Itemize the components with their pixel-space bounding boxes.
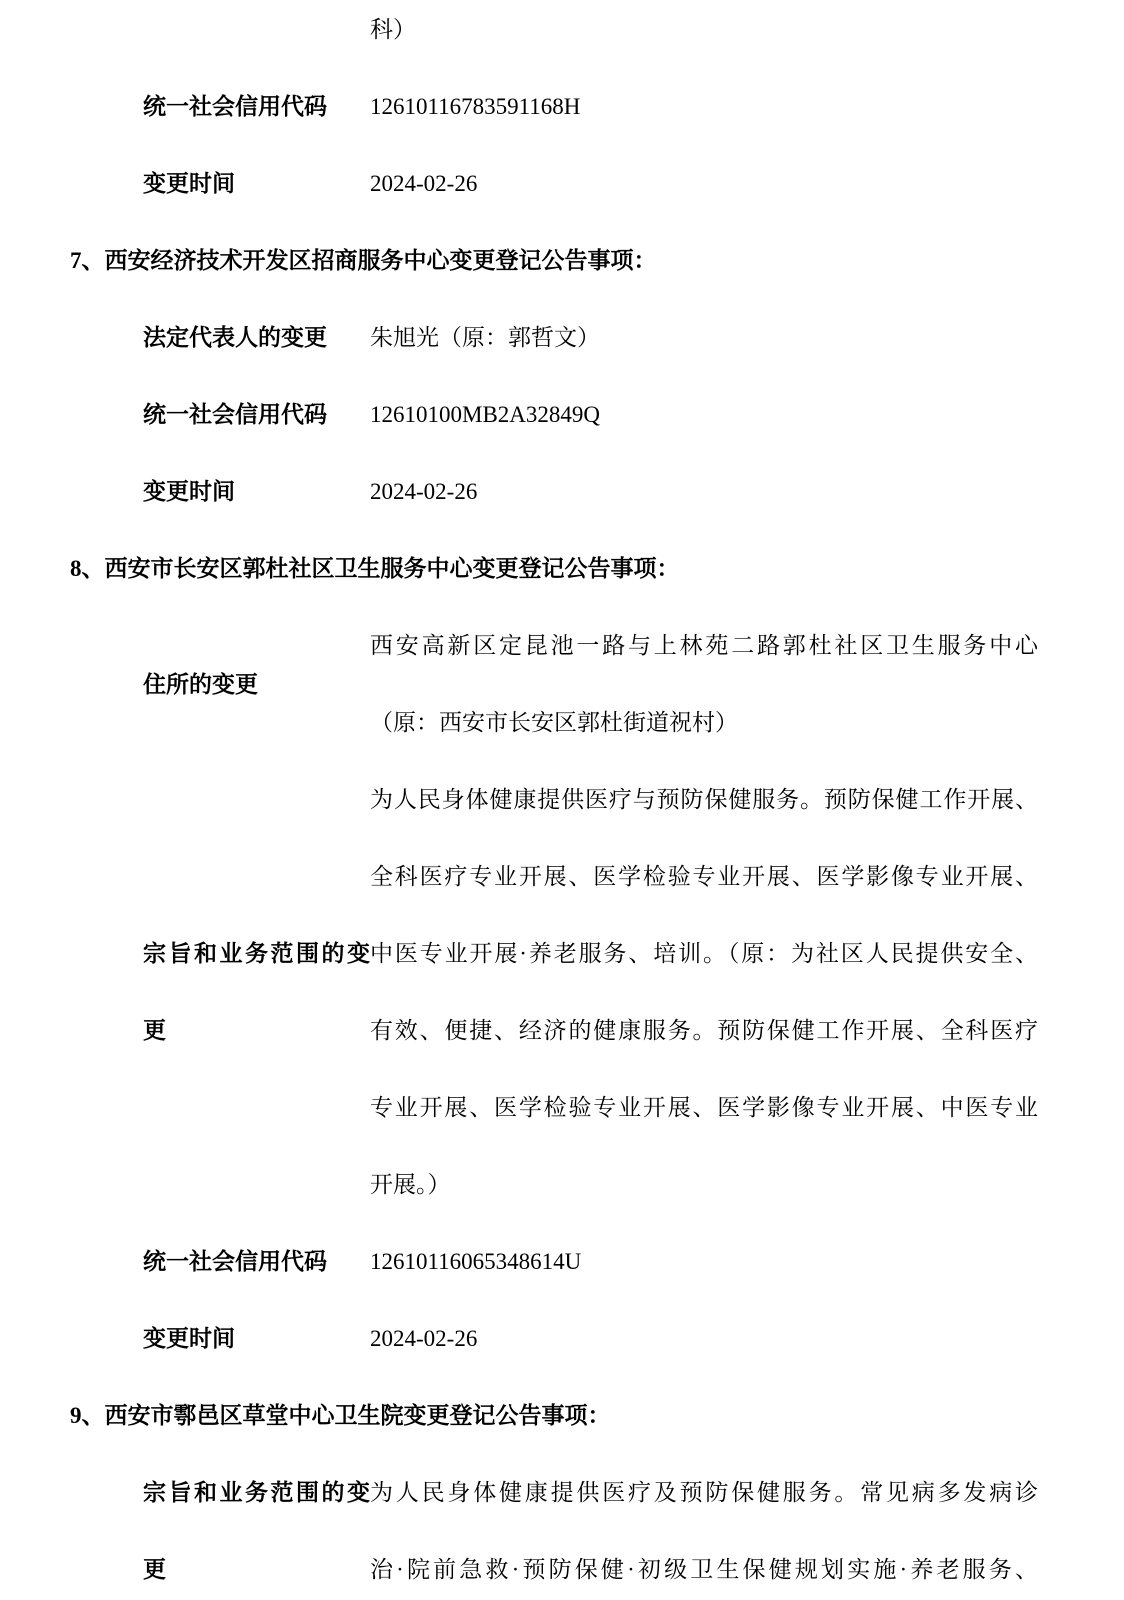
field-label-line: 统一社会信用代码: [143, 68, 370, 145]
field-label-line: 更: [143, 1531, 370, 1600]
field-row: 宗旨和业务范围的变更为人民身体健康提供医疗与预防保健服务。预防保健工作开展、全科…: [0, 761, 1124, 1223]
field-value: 2024-02-26: [370, 1300, 1038, 1377]
field-label: 变更时间: [143, 145, 370, 222]
field-value: 科）: [370, 0, 1038, 68]
field-value-line: 中医专业开展·养老服务、培训。（原：为社区人民提供安全、: [370, 915, 1038, 992]
field-value-line: 为人民身体健康提供医疗与预防保健服务。预防保健工作开展、: [370, 761, 1038, 838]
field-value-line: 2024-02-26: [370, 453, 1038, 530]
field-label-line: 变更时间: [143, 453, 370, 530]
field-label: 统一社会信用代码: [143, 1223, 370, 1300]
field-row: 统一社会信用代码12610116065348614U: [0, 1223, 1124, 1300]
field-value-line: 12610116065348614U: [370, 1223, 1038, 1300]
section-heading: 8、西安市长安区郭杜社区卫生服务中心变更登记公告事项：: [70, 530, 1124, 607]
field-value-line: 朱旭光（原：郭哲文）: [370, 299, 1038, 376]
field-row: 宗旨和业务范围的变更为人民身体健康提供医疗及预防保健服务。常见病多发病诊治·院前…: [0, 1454, 1124, 1600]
field-label-line: 变更时间: [143, 145, 370, 222]
field-label-line: 宗旨和业务范围的变: [143, 1454, 370, 1531]
field-value-line: 开展。）: [370, 1146, 1038, 1223]
field-row: 统一社会信用代码12610100MB2A32849Q: [0, 376, 1124, 453]
field-label-line: 法定代表人的变更: [143, 299, 370, 376]
field-label-line: 住所的变更: [143, 646, 370, 723]
field-value-line: 有效、便捷、经济的健康服务。预防保健工作开展、全科医疗: [370, 992, 1038, 1069]
field-label: 住所的变更: [143, 646, 370, 723]
field-value: 为人民身体健康提供医疗与预防保健服务。预防保健工作开展、全科医疗专业开展、医学检…: [370, 761, 1038, 1223]
field-label: 统一社会信用代码: [143, 376, 370, 453]
field-value: 12610116783591168H: [370, 68, 1038, 145]
section-heading: 7、西安经济技术开发区招商服务中心变更登记公告事项：: [70, 222, 1124, 299]
field-row: 变更时间2024-02-26: [0, 1300, 1124, 1377]
field-value-line: 科）: [370, 0, 1038, 68]
field-label: 变更时间: [143, 453, 370, 530]
field-value: 2024-02-26: [370, 453, 1038, 530]
field-value: 为人民身体健康提供医疗及预防保健服务。常见病多发病诊治·院前急救·预防保健·初级…: [370, 1454, 1038, 1600]
field-value: 2024-02-26: [370, 145, 1038, 222]
field-label-line: 宗旨和业务范围的变: [143, 915, 370, 992]
field-value-line: 2024-02-26: [370, 1300, 1038, 1377]
field-value-line: 2024-02-26: [370, 145, 1038, 222]
field-label-line: 统一社会信用代码: [143, 1223, 370, 1300]
field-value: 12610100MB2A32849Q: [370, 376, 1038, 453]
field-label: 宗旨和业务范围的变更: [143, 1454, 370, 1600]
field-value: 朱旭光（原：郭哲文）: [370, 299, 1038, 376]
field-value-line: 治·院前急救·预防保健·初级卫生保健规划实施·养老服务、: [370, 1531, 1038, 1600]
field-row: 变更时间2024-02-26: [0, 453, 1124, 530]
document-body: 科）统一社会信用代码12610116783591168H变更时间2024-02-…: [0, 0, 1124, 1600]
field-value-line: 12610100MB2A32849Q: [370, 376, 1038, 453]
field-label-line: 变更时间: [143, 1300, 370, 1377]
field-value: 12610116065348614U: [370, 1223, 1038, 1300]
field-value-line: 专业开展、医学检验专业开展、医学影像专业开展、中医专业: [370, 1069, 1038, 1146]
field-value-line: 12610116783591168H: [370, 68, 1038, 145]
field-label: 法定代表人的变更: [143, 299, 370, 376]
field-value-line: 西安高新区定昆池一路与上林苑二路郭杜社区卫生服务中心: [370, 607, 1038, 684]
field-row: 法定代表人的变更朱旭光（原：郭哲文）: [0, 299, 1124, 376]
field-row: 统一社会信用代码12610116783591168H: [0, 68, 1124, 145]
field-label: 变更时间: [143, 1300, 370, 1377]
field-row: 科）: [0, 0, 1124, 68]
section-heading: 9、西安市鄠邑区草堂中心卫生院变更登记公告事项：: [70, 1377, 1124, 1454]
field-label-line: 统一社会信用代码: [143, 376, 370, 453]
field-value: 西安高新区定昆池一路与上林苑二路郭杜社区卫生服务中心（原：西安市长安区郭杜街道祝…: [370, 607, 1038, 761]
field-row: 住所的变更西安高新区定昆池一路与上林苑二路郭杜社区卫生服务中心（原：西安市长安区…: [0, 607, 1124, 761]
field-row: 变更时间2024-02-26: [0, 145, 1124, 222]
field-label: 统一社会信用代码: [143, 68, 370, 145]
field-value-line: 全科医疗专业开展、医学检验专业开展、医学影像专业开展、: [370, 838, 1038, 915]
document-page: 科）统一社会信用代码12610116783591168H变更时间2024-02-…: [0, 0, 1124, 1600]
field-value-line: （原：西安市长安区郭杜街道祝村）: [370, 684, 1038, 761]
field-label-line: 更: [143, 992, 370, 1069]
field-label: 宗旨和业务范围的变更: [143, 915, 370, 1069]
field-value-line: 为人民身体健康提供医疗及预防保健服务。常见病多发病诊: [370, 1454, 1038, 1531]
